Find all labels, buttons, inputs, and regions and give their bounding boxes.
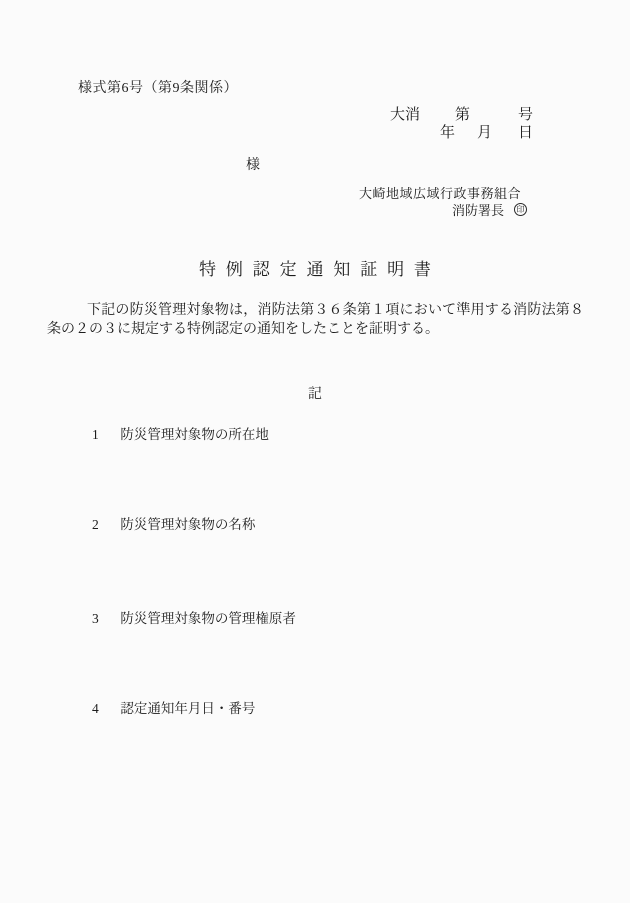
doc-number-dai: 第 [455,103,470,124]
body-paragraph: 下記の防災管理対象物は，消防法第３６条第１項において準用する消防法第８条の２の３… [47,301,584,339]
date-day-label: 日 [518,121,533,142]
item-label: 防災管理対象物の所在地 [120,427,269,442]
date-year-label: 年 [440,121,455,142]
item-label: 防災管理対象物の名称 [120,517,255,532]
issuer-title-line: 消防署長 印 [452,200,527,219]
form-number: 様式第6号（第9条関係） [78,77,238,97]
list-item-name: 2 防災管理対象物の名称 [92,513,255,533]
record-heading: 記 [0,383,630,403]
date-month-label: 月 [477,121,492,142]
item-label: 認定通知年月日・番号 [120,701,255,716]
doc-number-prefix: 大消 [390,103,420,124]
seal-text: 印 [517,206,525,214]
seal-icon: 印 [514,203,527,216]
item-number: 4 [92,701,117,717]
list-item-authority-holder: 3 防災管理対象物の管理権原者 [92,607,296,627]
item-number: 2 [92,517,117,533]
document-title: 特例認定通知証明書 [0,255,630,280]
document-page: 様式第6号（第9条関係） 大消 第 号 年 月 日 様 大崎地域広域行政事務組合… [0,0,630,903]
addressee-honorific: 様 [246,154,260,174]
item-number: 1 [92,427,117,443]
issuer-title: 消防署長 [452,200,504,219]
item-number: 3 [92,611,117,627]
list-item-notification-date-number: 4 認定通知年月日・番号 [92,697,255,717]
item-label: 防災管理対象物の管理権原者 [120,611,296,626]
list-item-location: 1 防災管理対象物の所在地 [92,423,269,443]
